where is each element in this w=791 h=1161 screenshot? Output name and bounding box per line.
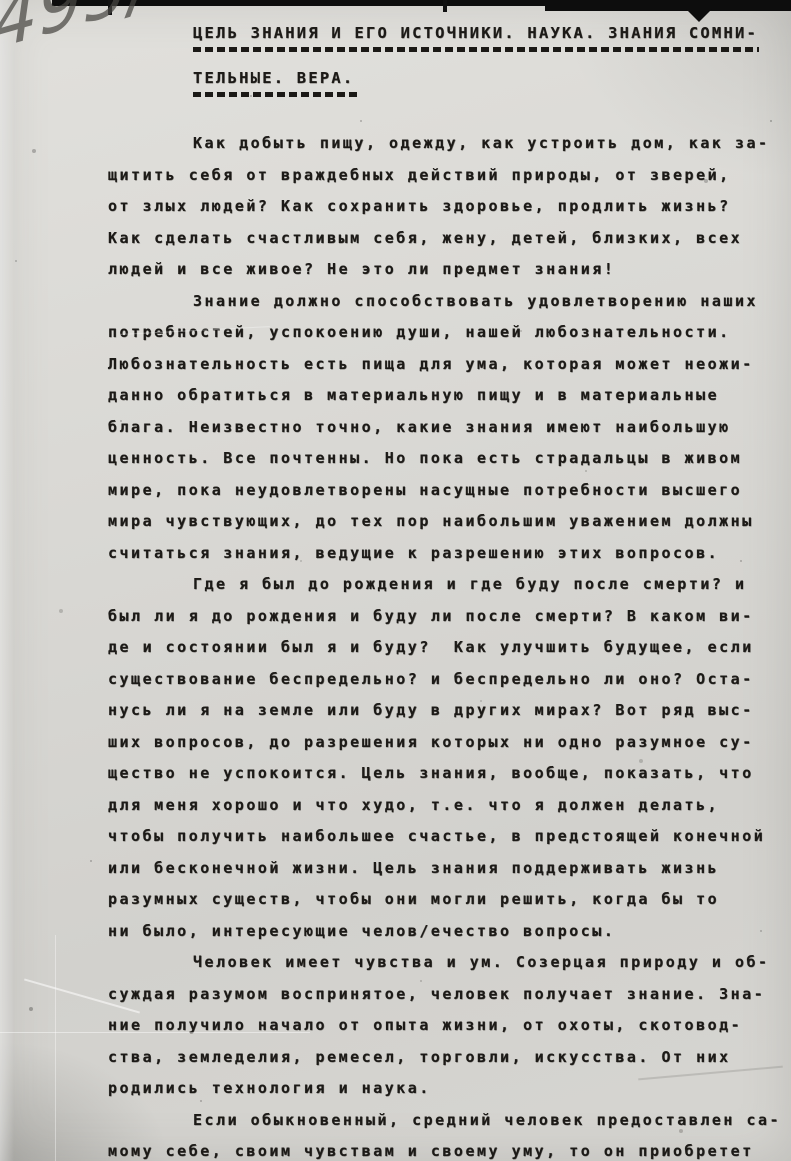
film-edge-notch [686,9,712,22]
text-line: Как добыть пищу, одежду, как устроить до… [108,128,780,160]
text-line: ства, земледелия, ремесел, торговли, иск… [108,1042,780,1074]
title-line-1: ЦЕЛЬ ЗНАНИЯ И ЕГО ИСТОЧНИКИ. НАУКА. ЗНАН… [193,24,759,42]
text-line: был ли я до рождения и буду ли после сме… [108,601,780,633]
text-line: существование беспредельно? и беспредель… [108,664,780,696]
text-line: Любознательность есть пища для ума, кото… [108,349,780,381]
document-title: ЦЕЛЬ ЗНАНИЯ И ЕГО ИСТОЧНИКИ. НАУКА. ЗНАН… [193,24,759,114]
title-underline [193,92,357,97]
text-line: мира чувствующих, до тех пор наибольшим … [108,506,780,538]
text-line: щество не успокоится. Цель знания, вообщ… [108,758,780,790]
text-line: де и состоянии был я и буду? Как улучшит… [108,632,780,664]
text-line: Если обыкновенный, средний человек предо… [108,1105,780,1137]
text-line: Где я был до рождения и где буду после с… [108,569,780,601]
text-line: считаться знания, ведущие к разрешению э… [108,538,780,570]
text-line: ших вопросов, до разрешения которых ни о… [108,727,780,759]
text-line: блага. Неизвестно точно, какие знания им… [108,412,780,444]
film-edge-band-thick [545,0,791,11]
text-line: или бесконечной жизни. Цель знания подде… [108,853,780,885]
text-line: данно обратиться в материальную пищу и в… [108,380,780,412]
film-edge-tick [443,0,447,12]
text-line: чтобы получить наибольшее счастье, в пре… [108,821,780,853]
text-line: ни было, интересующие челов/ечество вопр… [108,916,780,948]
text-line: суждая разумом воспринятое, человек полу… [108,979,780,1011]
text-line: ние получило начало от опыта жизни, от о… [108,1010,780,1042]
document-body: Как добыть пищу, одежду, как устроить до… [108,128,780,1161]
text-line: людей и все живое? Не это ли предмет зна… [108,254,780,286]
text-line: родились технология и наука. [108,1073,780,1105]
text-line: ценность. Все почтенны. Но пока есть стр… [108,443,780,475]
text-line: Человек имеет чувства и ум. Созерцая при… [108,947,780,979]
paper-speckles [0,0,2,2]
text-line: нусь ли я на земле или буду в других мир… [108,695,780,727]
text-line: Как сделать счастливым себя, жену, детей… [108,223,780,255]
paper-crease [55,935,56,1161]
text-line: мому себе, своим чувствам и своему уму, … [108,1136,780,1161]
scan-page: 495/VI/4 ЦЕЛЬ ЗНАНИЯ И ЕГО ИСТОЧНИКИ. НА… [0,0,791,1161]
text-line: щитить себя от враждебных действий приро… [108,160,780,192]
title-underline [193,47,759,52]
text-line: от злых людей? Как сохранить здоровье, п… [108,191,780,223]
title-line-2: ТЕЛЬНЫЕ. ВЕРА. [193,69,759,87]
text-line: разумных существ, чтобы они могли решить… [108,884,780,916]
text-line: потребностей, успокоению души, нашей люб… [108,317,780,349]
text-line: Знание должно способствовать удовлетворе… [108,286,780,318]
text-line: для меня хорошо и что худо, т.е. что я д… [108,790,780,822]
text-line: мире, пока неудовлетворены насущные потр… [108,475,780,507]
